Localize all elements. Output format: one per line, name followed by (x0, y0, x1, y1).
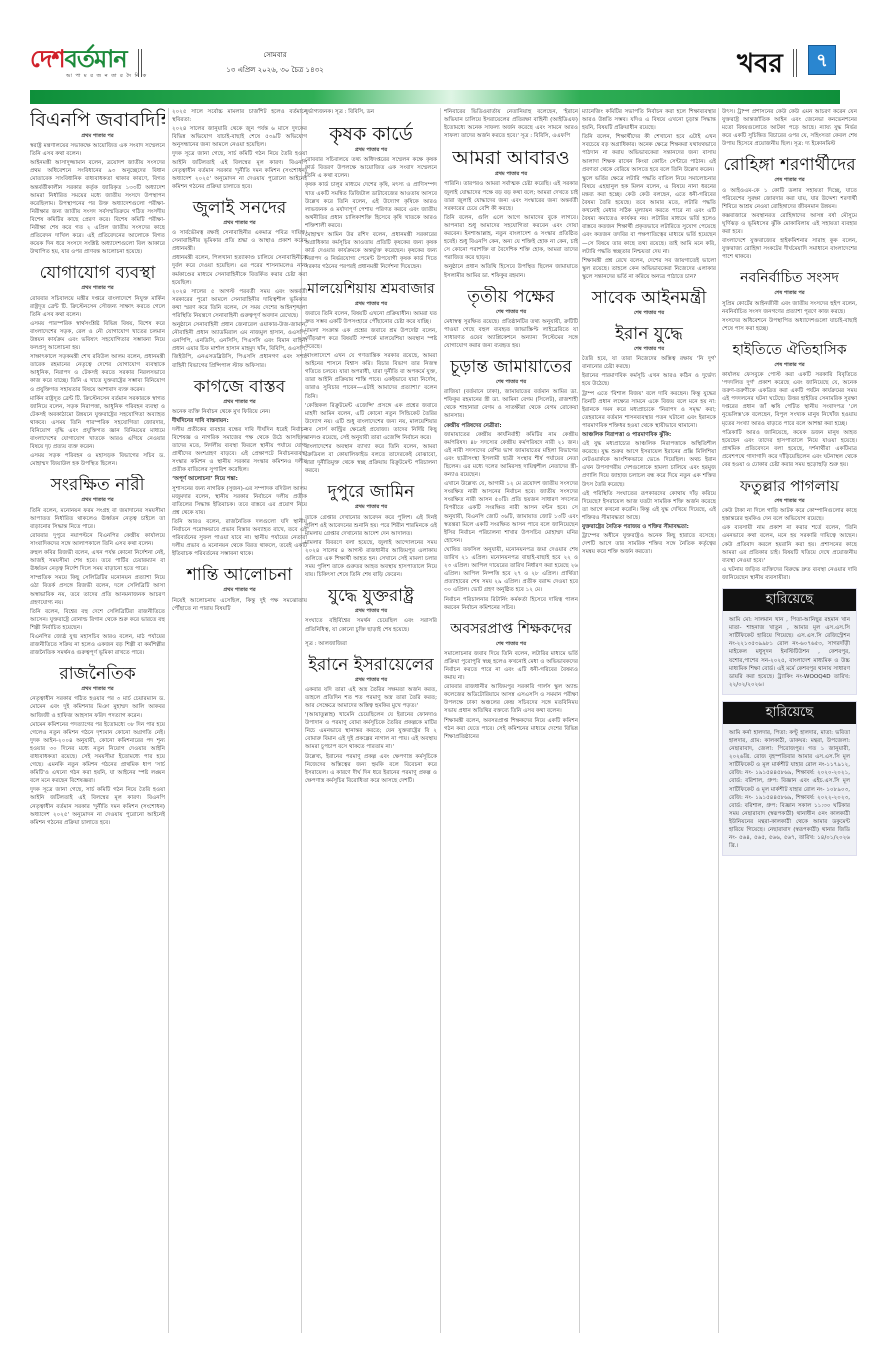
paragraph: 'কেন্দ্রিকল রিক্রুটমেন্ট এজেন্সি' প্রসঙ্… (305, 402, 437, 442)
paragraph: ট্রাম্পের অধীনে যুক্তরাষ্ট্রও অনেক কিছু … (582, 532, 716, 556)
paragraph: কক্সবাজারে অবস্থানরত রোহিঙ্গাদের আসন্ন ব… (722, 212, 857, 236)
issue-date: ১৩ এপ্রিল ২০২৬, ৩০ চৈত্র ১৪৩২ (175, 64, 375, 76)
jump-label: প্রথম পাতার পর (30, 284, 165, 292)
paragraph: তিনি বলেন, গুলি এলে আগে আমাদের বুকে লাগব… (444, 214, 578, 263)
story-rohingya[interactable]: উৎস। ট্রাম্প প্রশাসনের কেউ কেউ এমন আচরণ … (722, 108, 857, 261)
paragraph: শনিবারের ভিডিওবার্তায় নেতানিয়াহু বলেছে… (444, 108, 578, 140)
story-us-war[interactable]: যুদ্ধে যুক্তরাষ্ট্র প্রথম পাতার পর সংঘাত… (305, 585, 437, 633)
jump-label: প্রথম পাতার পর (305, 146, 437, 154)
jump-label: শেষ পাতার পর (722, 361, 857, 369)
paragraph: এই পরিস্থিতি সংঘাতের রূপকারদের কোথায় দা… (582, 490, 716, 522)
headline: সংরক্ষিত নারী (30, 474, 165, 496)
headline: শান্তি আলোচনা (172, 564, 307, 586)
paragraph: স্কুলে ভর্তির ক্ষেত্রে লটারি পদ্ধতি বাতি… (582, 175, 716, 256)
story-july-charter[interactable]: জুলাই সনদের প্রথম পাতার পর ও সার্বভৌমত্ব… (172, 197, 307, 370)
paragraph: শিক্ষামন্ত্রী বলেন, অবসরপ্রাপ্ত শিক্ষকদে… (444, 717, 578, 741)
paragraph: সমালোচনার জবাব দিয়ে তিনি বলেন, লটারির ম… (444, 650, 578, 682)
headline: সাবেক আইনমন্ত্রী (582, 287, 716, 309)
lost-notice-body: আমি মো: সালমান খান , পিতা-আনিছুর রহমান খ… (723, 611, 856, 694)
paragraph: মোমেন কমিশনের পদত্যাগের পর ইতোমধ্যে ৩৮ দ… (30, 721, 165, 786)
jump-label: শেষ পাতার পর (444, 378, 578, 386)
paragraph: মামলার বিবরণে বলা হয়েছে, জুলাই আন্দোলনে… (305, 539, 437, 579)
section-title: খবর (737, 43, 783, 87)
paragraph: মোহাম্মদ আমিন উর রশিদ বলেন, প্রধানমন্ত্র… (305, 231, 437, 271)
masthead-divider (793, 49, 797, 77)
jump-label: শেষ পাতার পর (722, 176, 857, 184)
paragraph: সাম্প্রতিক সময়ে কিছু সেলিব্রিটির মনোনয়… (30, 574, 165, 606)
paragraph: উল্লেখ্য, ইরানের পরমাণু প্রকল্প এবং ক্ষে… (305, 753, 437, 785)
headline: রোহিঙ্গা শরণার্থীদের (722, 154, 857, 176)
paragraph: তিনি আরও বলেন, রাজনৈতিক দলগুলো যদি স্থান… (172, 518, 307, 558)
jump-label: প্রথম পাতার পর (30, 685, 165, 693)
paragraph: ঘোষিত তফসিল অনুযায়ী, মনোনয়নপত্র জমা দে… (444, 546, 578, 595)
column-divider (440, 108, 441, 1333)
story-bnp-accountable[interactable]: বিএনপি জবাবদিহিমূলক প্রথম পাতার পর স্বরা… (30, 108, 165, 256)
subheading: ‘অপূর্ণ আলোচনা’ নিয়ে শঙ্কা: (172, 475, 307, 483)
story-transport[interactable]: যোগাযোগ ব্যবস্থা প্রথম পাতার পর রোববার স… (30, 262, 165, 468)
story-farmer-card[interactable]: দুর্ভাগ্যজনক। সূত্র : বিবিসি, ডন কৃষক কা… (305, 108, 437, 272)
story-israel-in-iran[interactable]: সূত্র : আলজাজিরা ইরানে ইসরায়েলের প্রথম … (305, 640, 437, 785)
paragraph: রোববার সচিবালয়ে তথ্য অধিদপ্তরের সম্মেলন… (305, 156, 437, 180)
paragraph: সংঘাতে বহির্বিশ্বের সমর্থন চেয়েছিল এবং … (305, 617, 437, 633)
paragraph: তাকে গ্রেপ্তার দেখানোর আবেদন করে পুলিশ। … (305, 514, 437, 538)
story-peace-talks[interactable]: শান্তি আলোচনা প্রথম পাতার পর নিয়েই আলোচ… (172, 564, 307, 612)
paragraph: ২০২৪ সালের ৫ আগস্ট পরবর্তী সময় এবং অন্ত… (172, 288, 307, 320)
jump-label: প্রথম পাতার পর (305, 300, 437, 308)
headline: হাইতিতে ঐতিহাসিক (722, 339, 857, 361)
paragraph: তিনি বলেন, শিক্ষার্থীদের কী শেখানো হবে এ… (582, 133, 716, 173)
story-continuation-anticorruption[interactable]: ২০২৫ সালে সর্বোচ্চ মামলার চার্জশিট হলেও … (172, 108, 307, 191)
paragraph: তিনি বলেন, মনোনয়ন ফরম সংগ্রহ বা জমাদানে… (30, 507, 165, 531)
paragraph: মার্কিন রাষ্ট্রদূত ব্রেন্ট টি. ক্রিস্টেন… (30, 395, 165, 452)
logo-desh-text: দেশ (30, 45, 65, 73)
story-final-jamaat[interactable]: চূড়ান্ত জামায়াতের শেষ পাতার পর রাজিয়া… (444, 356, 578, 612)
paragraph: শিক্ষামন্ত্রী প্রশ্ন রেখে বলেন, দেশের সব… (582, 257, 716, 281)
masthead: দেশবর্তমান আ পা ম র জ ন তা র দৈ নি ক সোম… (30, 45, 840, 87)
jump-label: প্রথম পাতার পর (305, 503, 437, 511)
paragraph: বাংলাদেশে যুক্তরাজ্যের হাইকমিশনার সারাহ … (722, 237, 857, 261)
headline: রাজনৈতিক (30, 663, 165, 685)
jump-label: প্রথম পাতার পর (172, 398, 307, 406)
jump-label: শেষ পাতার পর (722, 497, 857, 505)
jump-label: প্রথম পাতার পর (305, 607, 437, 615)
header-green-band (30, 90, 840, 104)
paragraph: '(আয়াতুল্লাহ) খামেনি চেয়েছিলেন যে ইরান… (305, 711, 437, 751)
paragraph: অনেক ব্যক্তি নির্বাচন থেকে মুখ ফিরিয়ে ন… (172, 408, 307, 416)
paragraph: পারিনি। তারপরও আমরা সর্বাত্মক চেষ্টা করে… (444, 180, 578, 212)
page-number-badge: ৭ (808, 45, 836, 75)
headline: তৃতীয় পক্ষের (444, 286, 578, 308)
paragraph: দুদক সূত্রে জানা গেছে, সার্চ কমিটি গঠন ন… (30, 786, 165, 826)
paragraph: এই যুদ্ধ মধ্যপ্রাচ্যের আঞ্চলিক নিরাপত্তা… (582, 440, 716, 489)
column-1: বিএনপি জবাবদিহিমূলক প্রথম পাতার পর স্বরা… (30, 108, 165, 833)
paragraph: কেউ টাকা না দিলে গাড়ি আটক করে কোম্পানিগ… (722, 507, 857, 523)
jump-label: শেষ পাতার পর (722, 289, 857, 297)
date-block: সোমবার ১৩ এপ্রিল ২০২৬, ৩০ চৈত্র ১৪৩২ (175, 49, 375, 76)
paragraph: ও আইওএম-কে ১ কোটি ডলার সহায়তা দিচ্ছে, য… (722, 187, 857, 211)
headline: ইরান যুদ্ধে (582, 323, 716, 345)
jump-label: প্রথম পাতার পর (30, 496, 165, 504)
jump-label: প্রথম পাতার পর (305, 676, 437, 684)
paragraph: এসময় সড়ক পরিবহন ও মহাসড়ক বিভাগের সচিব… (30, 452, 165, 468)
jump-label: শেষ পাতার পর (582, 345, 716, 353)
paragraph: তিনি বলেন, বিশ্বের বহু দেশে সেলিব্রিটিরা… (30, 608, 165, 632)
lost-notice-title: হারিয়েছে (723, 589, 856, 611)
paragraph: ২০২৫ সালে সর্বোচ্চ মামলার চার্জশিট হলেও … (172, 108, 307, 124)
headline: যোগাযোগ ব্যবস্থা (30, 262, 165, 284)
paragraph: তৈরি হবে, যা তারা নিজেদের অস্তিত্ব রক্ষা… (582, 355, 716, 371)
jump-label: প্রথম পাতার পর (172, 586, 307, 594)
subheading: কেন্দ্রীয় পরিষদের নেত্রীরা: (444, 422, 578, 430)
paragraph: নিয়েই আলোচনায় এসেছিল, কিন্তু দুই পক্ষ … (172, 597, 307, 613)
headline: কাগজে বাস্তব (172, 376, 307, 398)
story-third-party[interactable]: তৃতীয় পক্ষের শেষ পাতার পর মেধাস্বত্ব সু… (444, 286, 578, 350)
logo-bortoman-text: বর্তমান (65, 45, 127, 73)
logo-tagline: আ পা ম র জ ন তা র দৈ নি ক (66, 73, 130, 81)
paragraph: ট্রাম্প এতে 'বিশাল বিজয়' বলে দাবি করছেন… (582, 390, 716, 430)
story-former-law-minister[interactable]: ম্যানেজিং কমিটির সভাপতি নির্বাচন করা হলে… (582, 108, 716, 317)
column-2: ২০২৫ সালে সর্বোচ্চ মামলার চার্জশিট হলেও … (172, 108, 307, 619)
headline: নবনির্বাচিত সংসদ (722, 267, 857, 289)
paragraph: রোববার সচিবালয়ে মন্ত্রীর দপ্তরে বাংলাদে… (30, 295, 165, 319)
paragraph: রোববার রাজধানীর আজিমপুর সরকারি গার্লস স্… (444, 683, 578, 715)
column-divider (718, 108, 719, 1333)
jump-label: প্রথম পাতার পর (444, 170, 578, 178)
paragraph: দলীয় প্রতীকের ব্যবহার বন্ধের দাবি দীর্ঘ… (172, 426, 307, 475)
paragraph: বাংলাদেশের অবস্থান ব্যাখ্যা করে তিনি বলে… (305, 443, 437, 475)
paragraph: দুদক সূত্রে জানা গেছে, সার্চ কমিটি গঠন ন… (172, 150, 307, 190)
paragraph: এ ঘটনায় জড়িত ব্যক্তিদের বিরুদ্ধে দ্রুত… (722, 566, 857, 582)
column-4: শনিবারের ভিডিওবার্তায় নেতানিয়াহু বলেছে… (444, 108, 578, 747)
headline: মালয়েশিয়ায় শ্রমবাজার (305, 278, 437, 300)
headline: অবসরপ্রাপ্ত শিক্ষকদের (444, 618, 578, 640)
column-3: দুর্ভাগ্যজনক। সূত্র : বিবিসি, ডন কৃষক কা… (305, 108, 437, 791)
jump-label: শেষ পাতার পর (582, 309, 716, 317)
jump-label: শেষ পাতার পর (444, 640, 578, 648)
story-afternoon-bail[interactable]: দুপুরে জামিন প্রথম পাতার পর তাকে গ্রেপ্ত… (305, 481, 437, 579)
headline: বিএনপি জবাবদিহিমূলক (30, 108, 165, 132)
paragraph: সুশাসনের জন্য নাগরিক (সুজন)-এর সম্পাদক ব… (172, 485, 307, 517)
headline: আমরা আবারও (444, 146, 578, 170)
paragraph: নির্বাচন পরিচালনার রিটার্নিং কর্মকর্তা হ… (444, 596, 578, 612)
paragraph: কৃষক কার্ড চালুর মাধ্যমে দেশের কৃষি, মৎস… (305, 181, 437, 230)
paragraph: মেধাস্বত্ব সুরক্ষিত রয়েছে। প্রতিষ্ঠানটি… (444, 318, 578, 350)
paragraph: একবার যদি তারা এই অস্ত্র তৈরির সক্ষমতা অ… (305, 686, 437, 710)
paragraph: সাক্ষাৎকালে সড়কমন্ত্রী শেখ রবিউল আলম বল… (30, 353, 165, 393)
column-divider (579, 108, 580, 1333)
paragraph: 'বাংলাদেশে এখন যে গণতান্ত্রিক সরকার রয়ে… (305, 352, 437, 401)
story-malaysia-labour[interactable]: মালয়েশিয়ায় শ্রমবাজার প্রথম পাতার পর জ… (305, 278, 437, 476)
paragraph: ও সার্বভৌমত্ব রক্ষাই সেনাবাহিনীর একমাত্র… (172, 229, 307, 253)
headline: যুদ্ধে যুক্তরাষ্ট্র (305, 585, 437, 607)
story-reserved-women[interactable]: সংরক্ষিত নারী প্রথম পাতার পর তিনি বলেন, … (30, 474, 165, 657)
paragraph: সূত্র : আলজাজিরা (305, 640, 437, 648)
paragraph: ২০২৪ সালের জানুয়ারি থেকে জুন পর্যন্ত ৬ … (172, 125, 307, 149)
paragraph: স্বরাষ্ট্র মন্ত্রণালয়ের সভাকক্ষে আয়োজি… (30, 142, 165, 158)
story-retired-teachers[interactable]: অবসরপ্রাপ্ত শিক্ষকদের শেষ পাতার পর সমালো… (444, 618, 578, 741)
story-paper-reality[interactable]: কাগজে বাস্তব প্রথম পাতার পর অনেক ব্যক্তি… (172, 376, 307, 559)
paragraph: রাজিয়া (বর্তমানে ঢাকা), জামায়াতের বর্ত… (444, 388, 578, 420)
paragraph: অনুষ্ঠানে প্রধান অতিথি হিসেবে উপস্থিত ছি… (444, 263, 578, 279)
paragraph: বিএনপির জ্যেষ্ঠ যুগ্ম মহাসচিব আরও বলেন, … (30, 633, 165, 657)
paragraph: নেতৃত্বাধীন সরকার গঠিত হওয়ার পর ৩ মার্চ… (30, 695, 165, 719)
jump-label: প্রথম পাতার পর (30, 132, 165, 140)
story-fatullah-pagla[interactable]: ফতুল্লার পাগলায় শেষ পাতার পর কেউ টাকা ন… (722, 475, 857, 582)
story-new-parliament[interactable]: নবনির্বাচিত সংসদ শেষ পাতার পর সুপ্রিম কো… (722, 267, 857, 332)
paragraph: এসময় পারস্পরিক স্বার্থসংশ্লিষ্ট বিভিন্ন… (30, 320, 165, 352)
story-political[interactable]: রাজনৈতিক প্রথম পাতার পর নেতৃত্বাধীন সরকা… (30, 663, 165, 827)
paragraph: ম্যানেজিং কমিটির সভাপতি নির্বাচন করা হলে… (582, 108, 716, 132)
paragraph: অনুষ্ঠানে সেনাবাহিনী প্রধান জেনারেল ওয়া… (172, 321, 307, 370)
issue-day: সোমবার (175, 49, 375, 61)
column-divider (168, 108, 169, 1333)
headline: দুপুরে জামিন (305, 481, 437, 503)
paragraph: জামায়াতের কেন্দ্রীয় কার্যনির্বাহী কমিট… (444, 431, 578, 480)
lost-notice[interactable]: হারিয়েছে আমি মো: সালমান খান , পিতা-আনিছ… (722, 588, 857, 695)
lost-notice-title: হারিয়েছে (723, 702, 856, 724)
paragraph: এখানে উল্লেখ্য যে, আগামী ১২ মে ত্রয়োদশ … (444, 480, 578, 545)
column-6: উৎস। ট্রাম্প প্রশাসনের কেউ কেউ এমন আচরণ … (722, 108, 857, 856)
paragraph: উৎস। ট্রাম্প প্রশাসনের কেউ কেউ এমন আচরণ … (722, 108, 857, 148)
headline: জুলাই সনদের (172, 197, 307, 219)
story-haiti-historic[interactable]: হাইতিতে ঐতিহাসিক শেষ পাতার পর কার্যালয় … (722, 339, 857, 469)
paragraph: আইনমন্ত্রী আসাদুজ্জামান বলেন, ত্রয়োদশ জ… (30, 159, 165, 256)
subheading: আঞ্চলিক নিরাপত্তা ও পারমাণবিক ঝুঁকি: (582, 431, 716, 439)
paragraph: রোববার দুপুরে নয়াপল্টনে বিএনপির কেন্দ্র… (30, 532, 165, 548)
subheading: যুক্তরাষ্ট্রের নৈতিক পরাজয় ও শক্তির সীম… (582, 523, 716, 531)
paragraph: এক ব্যবসায়ী নাম প্রকাশ না করার শর্তে বল… (722, 524, 857, 564)
paragraph: জবাবে তিনি বলেন, বিষয়টি এখনো প্রক্রিয়া… (305, 310, 437, 326)
masthead-divider (138, 49, 142, 77)
newspaper-logo[interactable]: দেশবর্তমান আ পা ম র জ ন তা র দৈ নি ক (30, 45, 130, 85)
lost-notice-body: আমি কর্না হালদার, পিতা: কণ্টু হালদার, মা… (723, 724, 856, 855)
headline: কৃষক কার্ডে (305, 122, 437, 146)
column-5: ম্যানেজিং কমিটির সভাপতি নির্বাচন করা হলে… (582, 108, 716, 562)
paragraph: পত্রিকাটি আরও জানিয়েছে, কয়েক ডজন মানুষ… (722, 429, 857, 469)
story-iran-war[interactable]: ইরান যুদ্ধে শেষ পাতার পর তৈরি হবে, যা তা… (582, 323, 716, 556)
paragraph: প্রধানমন্ত্রী বলেন, পিলখানা হত্যাকাণ্ড চ… (172, 254, 307, 286)
headline: ফতুল্লার পাগলায় (722, 475, 857, 497)
paragraph: রুহুল কবির রিজভী বলেন, এখন পর্যন্ত কোনো … (30, 549, 165, 573)
headline: ইরানে ইসরায়েলের (305, 654, 437, 676)
paragraph: সংসদের অধিবেশনে উপস্থাপিত অধ্যাদেশগুলো য… (722, 317, 857, 333)
paragraph: কার্যালয় ফেসবুকে পোস্ট করা একটি সরকারি … (722, 371, 857, 428)
paragraph: দুর্ভাগ্যজনক। সূত্র : বিবিসি, ডন (305, 108, 437, 116)
jump-label: প্রথম পাতার পর (172, 219, 307, 227)
paragraph: ইরানের পারমাণবিক কর্মসূচি এখন আরও কঠিন ও… (582, 372, 716, 388)
subheading: দীর্ঘদিনের দাবি বাস্তবায়ন: (172, 417, 307, 425)
paragraph: মামলা সংক্রান্ত এক প্রশ্নের জবাবে শ্রম উ… (305, 327, 437, 351)
headline: চূড়ান্ত জামায়াতের (444, 356, 578, 378)
paragraph: সুপ্রিম কোর্টের আইনজীবী এবং জাতীয় সংসদে… (722, 300, 857, 316)
jump-label: শেষ পাতার পর (444, 308, 578, 316)
lost-notice[interactable]: হারিয়েছে আমি কর্না হালদার, পিতা: কণ্টু … (722, 701, 857, 856)
story-we-again[interactable]: শনিবারের ভিডিওবার্তায় নেতানিয়াহু বলেছে… (444, 108, 578, 280)
